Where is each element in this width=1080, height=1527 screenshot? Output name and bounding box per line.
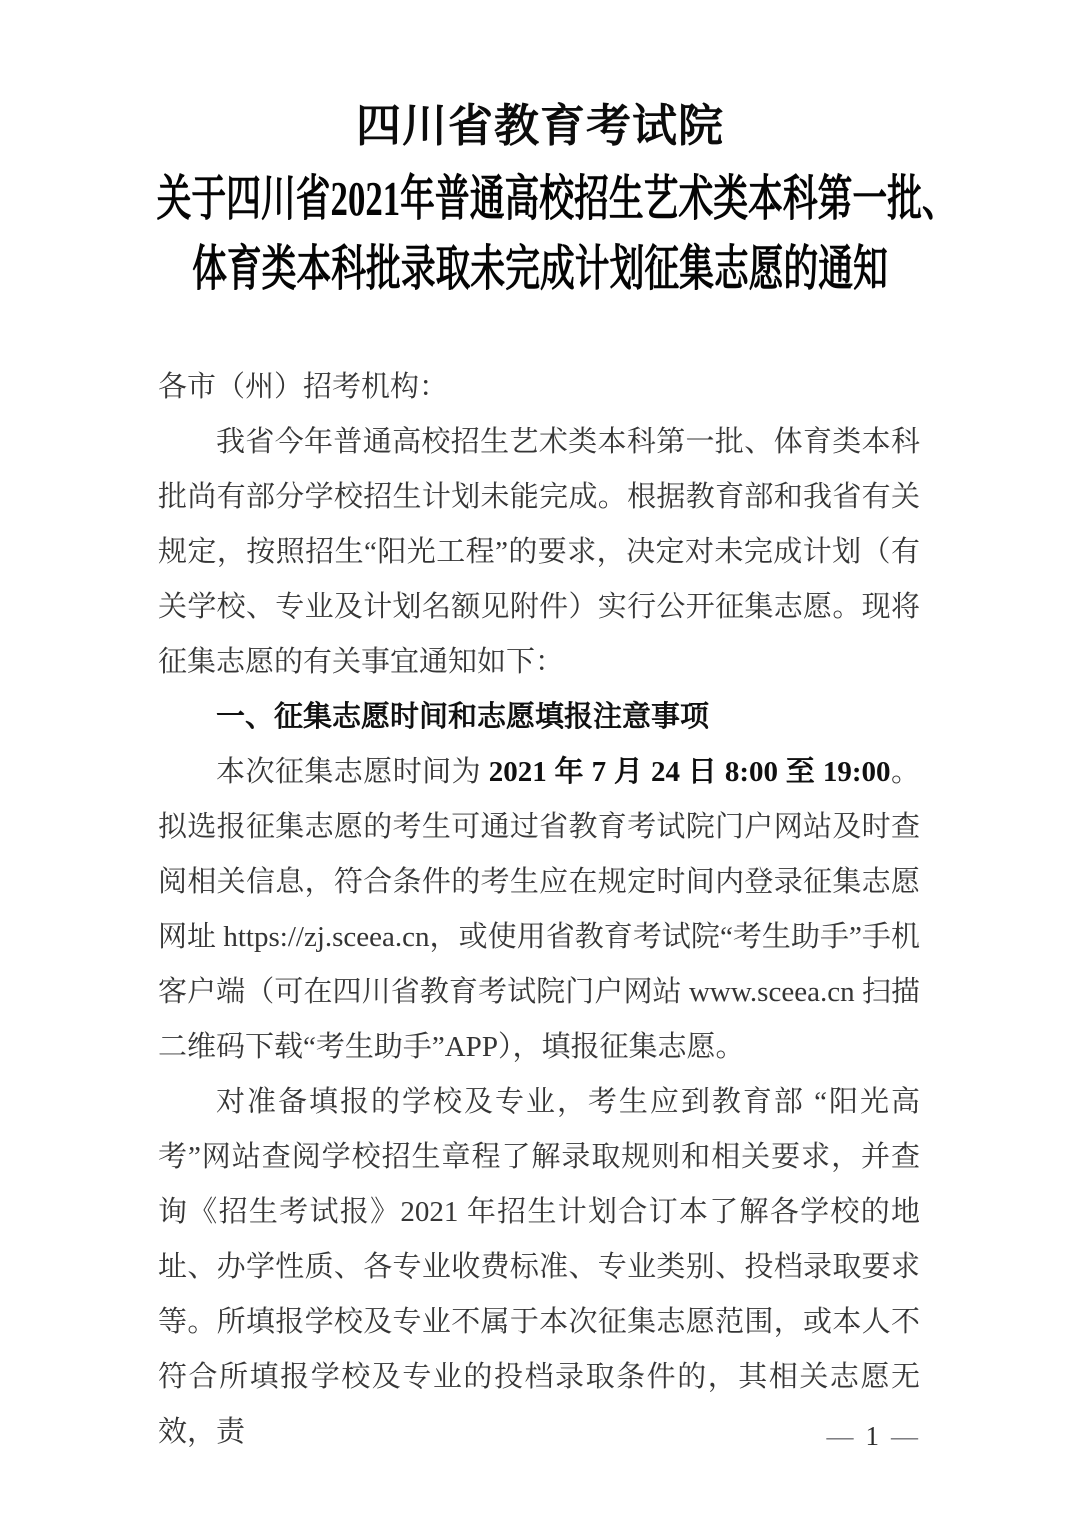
page-number-left-dash: —: [827, 1421, 856, 1451]
page-number-value: 1: [856, 1421, 892, 1451]
document-page: 四川省教育考试院 关于四川省2021年普通高校招生艺术类本科第一批、 体育类本科…: [0, 0, 1080, 1527]
doc-title-line-1: 关于四川省2021年普通高校招生艺术类本科第一批、: [157, 164, 924, 234]
title-block: 四川省教育考试院 关于四川省2021年普通高校招生艺术类本科第一批、 体育类本科…: [0, 0, 1080, 304]
paragraph-3: 对准备填报的学校及专业，考生应到教育部 “阳光高考”网站查阅学校招生章程了解录取…: [158, 1075, 920, 1460]
org-title: 四川省教育考试院: [0, 98, 1080, 154]
salutation: 各市（州）招考机构：: [158, 360, 920, 415]
doc-title-line-2: 体育类本科批录取未完成计划征集志愿的通知: [157, 234, 924, 304]
document-body: 各市（州）招考机构： 我省今年普通高校招生艺术类本科第一批、体育类本科批尚有部分…: [158, 360, 920, 1460]
doc-title: 关于四川省2021年普通高校招生艺术类本科第一批、 体育类本科批录取未完成计划征…: [0, 164, 1080, 304]
paragraph-1: 我省今年普通高校招生艺术类本科第一批、体育类本科批尚有部分学校招生计划未能完成。…: [158, 415, 920, 690]
page-number-right-dash: —: [891, 1421, 920, 1451]
page-number: —1—: [827, 1421, 921, 1451]
paragraph-2: 本次征集志愿时间为 2021 年 7 月 24 日 8:00 至 19:00。拟…: [158, 745, 920, 1075]
paragraph-2-suffix: 。拟选报征集志愿的考生可通过省教育考试院门户网站及时查阅相关信息，符合条件的考生…: [158, 756, 920, 1063]
paragraph-2-prefix: 本次征集志愿时间为: [216, 756, 489, 788]
section-1-heading: 一、征集志愿时间和志愿填报注意事项: [158, 690, 920, 745]
volunteer-time-value: 2021 年 7 月 24 日 8:00 至 19:00: [489, 756, 891, 788]
